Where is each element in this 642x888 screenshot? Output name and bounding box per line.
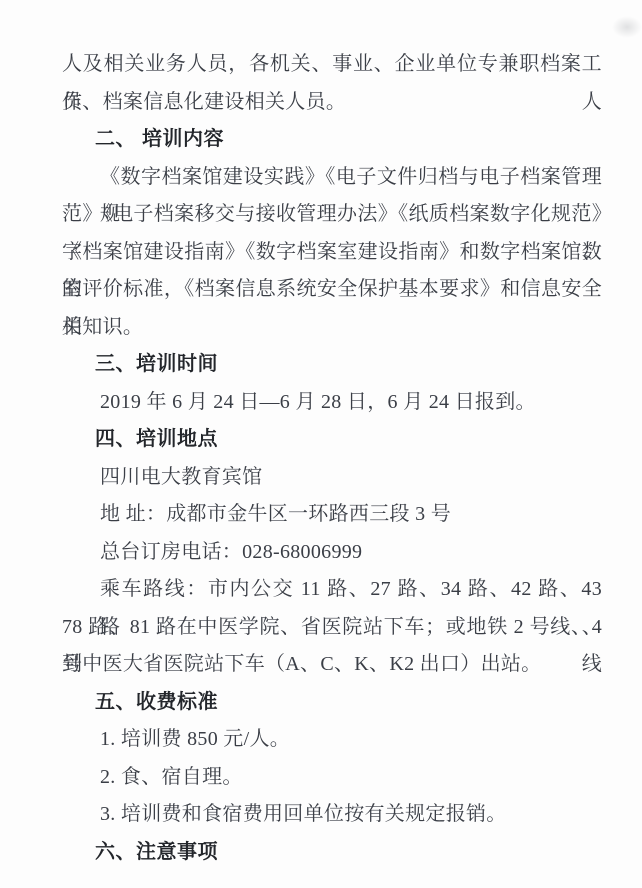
document-body: 人及相关业务人员，各机关、事业、企业单位专兼职档案工作人员、档案信息化建设相关人… [62, 46, 602, 871]
section-heading: 二、 培训内容 [62, 121, 602, 159]
text-line: 78 路、81 路在中医学院、省医院站下车；或地铁 2 号线、4 号线 [62, 609, 602, 647]
text-line: 的评价标准，《档案信息系统安全保护基本要求》和信息安全相 [62, 271, 602, 309]
text-line: 总台订房电话：028-68006999 [62, 534, 602, 572]
section-heading: 六、注意事项 [62, 834, 602, 872]
text-line: 四川电大教育宾馆 [62, 459, 602, 497]
text-line: 地 址：成都市金牛区一环路西三段 3 号 [62, 496, 602, 534]
document-page: 人及相关业务人员，各机关、事业、企业单位专兼职档案工作人员、档案信息化建设相关人… [0, 0, 642, 888]
text-line: 人及相关业务人员，各机关、事业、企业单位专兼职档案工作人 [62, 46, 602, 84]
text-line: 2019 年 6 月 24 日—6 月 28 日，6 月 24 日报到。 [62, 384, 602, 422]
text-line: 字档案馆建设指南》《数字档案室建设指南》和数字档案馆、室 [62, 234, 602, 272]
text-line: 关知识。 [62, 309, 602, 347]
section-heading: 四、培训地点 [62, 421, 602, 459]
text-line: 《数字档案馆建设实践》《电子文件归档与电子档案管理规 [62, 159, 602, 197]
text-line: 1. 培训费 850 元/人。 [62, 721, 602, 759]
text-line: 乘车路线：市内公交 11 路、27 路、34 路、42 路、43 路、 [62, 571, 602, 609]
scan-smudge [612, 16, 642, 38]
section-heading: 三、培训时间 [62, 346, 602, 384]
text-line: 到中医大省医院站下车（A、C、K、K2 出口）出站。 [62, 646, 602, 684]
text-line: 3. 培训费和食宿费用回单位按有关规定报销。 [62, 796, 602, 834]
text-line: 2. 食、宿自理。 [62, 759, 602, 797]
text-line: 范》《电子档案移交与接收管理办法》《纸质档案数字化规范》《数 [62, 196, 602, 234]
section-heading: 五、收费标准 [62, 684, 602, 722]
